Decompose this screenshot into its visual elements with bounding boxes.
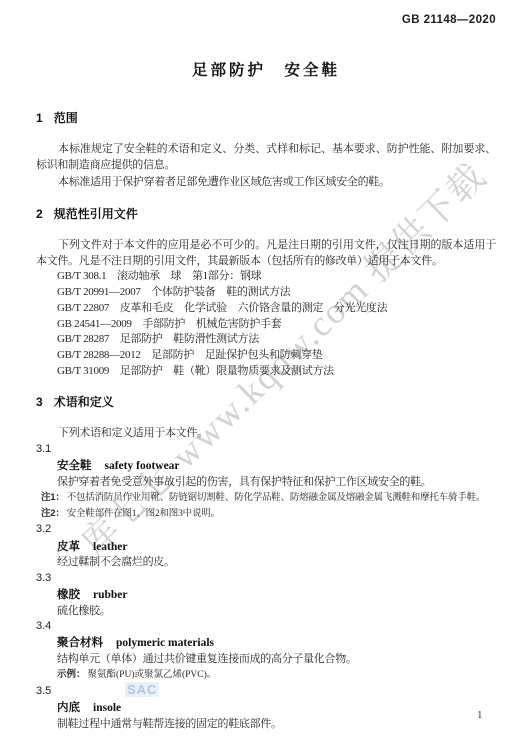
normative-references-intro: 下列文件对于本文件的应用是必不可少的。凡是注日期的引用文件，仅注日期的版本适用于…	[36, 237, 496, 270]
term-heading: 橡胶rubber	[36, 586, 496, 604]
term-definition: 保护穿着者免受意外事故引起的伤害，具有保护特征和保护工作区域安全的鞋。	[36, 475, 496, 490]
clause-title: 规范性引用文件	[54, 207, 138, 221]
term-heading: 安全鞋safety footwear	[36, 457, 496, 475]
note-text: 不包括消防员作业用靴、防链锯切割鞋、防化学品鞋、防熔融金属及熔融金属飞溅鞋和摩托…	[67, 493, 486, 503]
term-entry-3-4: 3.4 聚合材料polymeric materials 结构单元（单体）通过共价…	[36, 619, 496, 684]
reference-item: GB/T 28287 足部防护 鞋防滑性测试方法	[36, 332, 496, 348]
term-chinese: 橡胶	[57, 589, 80, 601]
reference-item: GB/T 28288—2012 足部防护 足趾保护包头和防刺穿垫	[36, 348, 496, 364]
example-text: 聚氨酯(PU)或聚氯乙烯(PVC)。	[88, 670, 217, 680]
document-title: 足部防护 安全鞋	[36, 60, 496, 82]
term-chinese: 内底	[57, 702, 80, 714]
term-heading: 皮革leather	[36, 538, 496, 556]
scope-paragraph-1: 本标准规定了安全鞋的术语和定义、分类、式样和标记、基本要求、防护性能、附加要求、…	[36, 141, 496, 174]
term-note-1: 注1：不包括消防员作业用靴、防链锯切割鞋、防化学品鞋、防熔融金属及熔融金属飞溅鞋…	[36, 490, 496, 506]
term-number: 3.3	[36, 571, 496, 586]
scope-paragraph-2: 本标准适用于保护穿着者足部免遭作业区域危害或工作区域安全的鞋。	[36, 174, 496, 190]
clause-number: 2	[36, 207, 43, 222]
clause-number: 3	[36, 395, 43, 410]
term-heading: 内底insole	[36, 699, 496, 717]
term-heading: 聚合材料polymeric materials	[36, 634, 496, 652]
term-definition: 硫化橡胶。	[36, 604, 496, 619]
term-english: leather	[93, 541, 127, 553]
term-entry-3-2: 3.2 皮革leather 经过鞣制不会腐烂的皮。	[36, 522, 496, 570]
page-content: GB 21148—2020 足部防护 安全鞋 1范围 本标准规定了安全鞋的术语和…	[0, 0, 530, 732]
clause-title: 术语和定义	[54, 395, 114, 409]
term-note-2: 注2：安全鞋部件在图1、图2和图3中说明。	[36, 506, 496, 522]
reference-item: GB 24541—2009 手部防护 机械危害防护手套	[36, 317, 496, 333]
section-heading-terms: 3术语和定义	[36, 395, 496, 410]
term-chinese: 安全鞋	[57, 460, 92, 472]
term-chinese: 皮革	[57, 541, 80, 553]
term-number: 3.2	[36, 522, 496, 537]
term-entry-3-5: 3.5 内底insole 制鞋过程中通常与鞋帮连接的固定的鞋底部件。	[36, 684, 496, 732]
note-text: 安全鞋部件在图1、图2和图3中说明。	[67, 509, 220, 519]
reference-item: GB/T 20991—2007 个体防护装备 鞋的测试方法	[36, 285, 496, 301]
note-label: 注1：	[41, 492, 65, 503]
section-heading-normative-references: 2规范性引用文件	[36, 207, 496, 222]
term-english: insole	[93, 702, 121, 714]
term-entry-3-3: 3.3 橡胶rubber 硫化橡胶。	[36, 571, 496, 619]
clause-title: 范围	[54, 111, 78, 125]
term-english: safety footwear	[105, 460, 180, 472]
section-heading-scope: 1范围	[36, 111, 496, 126]
clause-number: 1	[36, 111, 43, 126]
term-number: 3.4	[36, 619, 496, 634]
note-label: 注2：	[41, 508, 65, 519]
term-english: polymeric materials	[116, 637, 214, 649]
reference-item: GB/T 22807 皮革和毛皮 化学试验 六价铬含量的测定 分光光度法	[36, 301, 496, 317]
term-english: rubber	[93, 589, 128, 601]
reference-item: GB/T 31009 足部防护 鞋（靴）限量物质要求及测试方法	[36, 364, 496, 380]
document-page: 库七七 www.kqqw.com 提供下载 SAC GB 21148—2020 …	[0, 0, 530, 743]
page-number: 1	[477, 709, 483, 721]
term-number: 3.1	[36, 442, 496, 457]
standard-code: GB 21148—2020	[36, 13, 496, 27]
terms-intro: 下列术语和定义适用于本文件。	[36, 425, 496, 441]
term-chinese: 聚合材料	[57, 637, 103, 649]
term-example: 示例：聚氨酯(PU)或聚氯乙烯(PVC)。	[36, 667, 496, 683]
reference-item: GB/T 308.1 滚动轴承 球 第1部分：钢球	[36, 269, 496, 285]
term-definition: 制鞋过程中通常与鞋帮连接的固定的鞋底部件。	[36, 717, 496, 732]
term-entry-3-1: 3.1 安全鞋safety footwear 保护穿着者免受意外事故引起的伤害，…	[36, 442, 496, 522]
reference-list: GB/T 308.1 滚动轴承 球 第1部分：钢球 GB/T 20991—200…	[36, 269, 496, 379]
term-definition: 结构单元（单体）通过共价键重复连接而成的高分子量化合物。	[36, 652, 496, 667]
example-label: 示例：	[57, 669, 86, 680]
term-number: 3.5	[36, 684, 496, 699]
term-definition: 经过鞣制不会腐烂的皮。	[36, 555, 496, 570]
